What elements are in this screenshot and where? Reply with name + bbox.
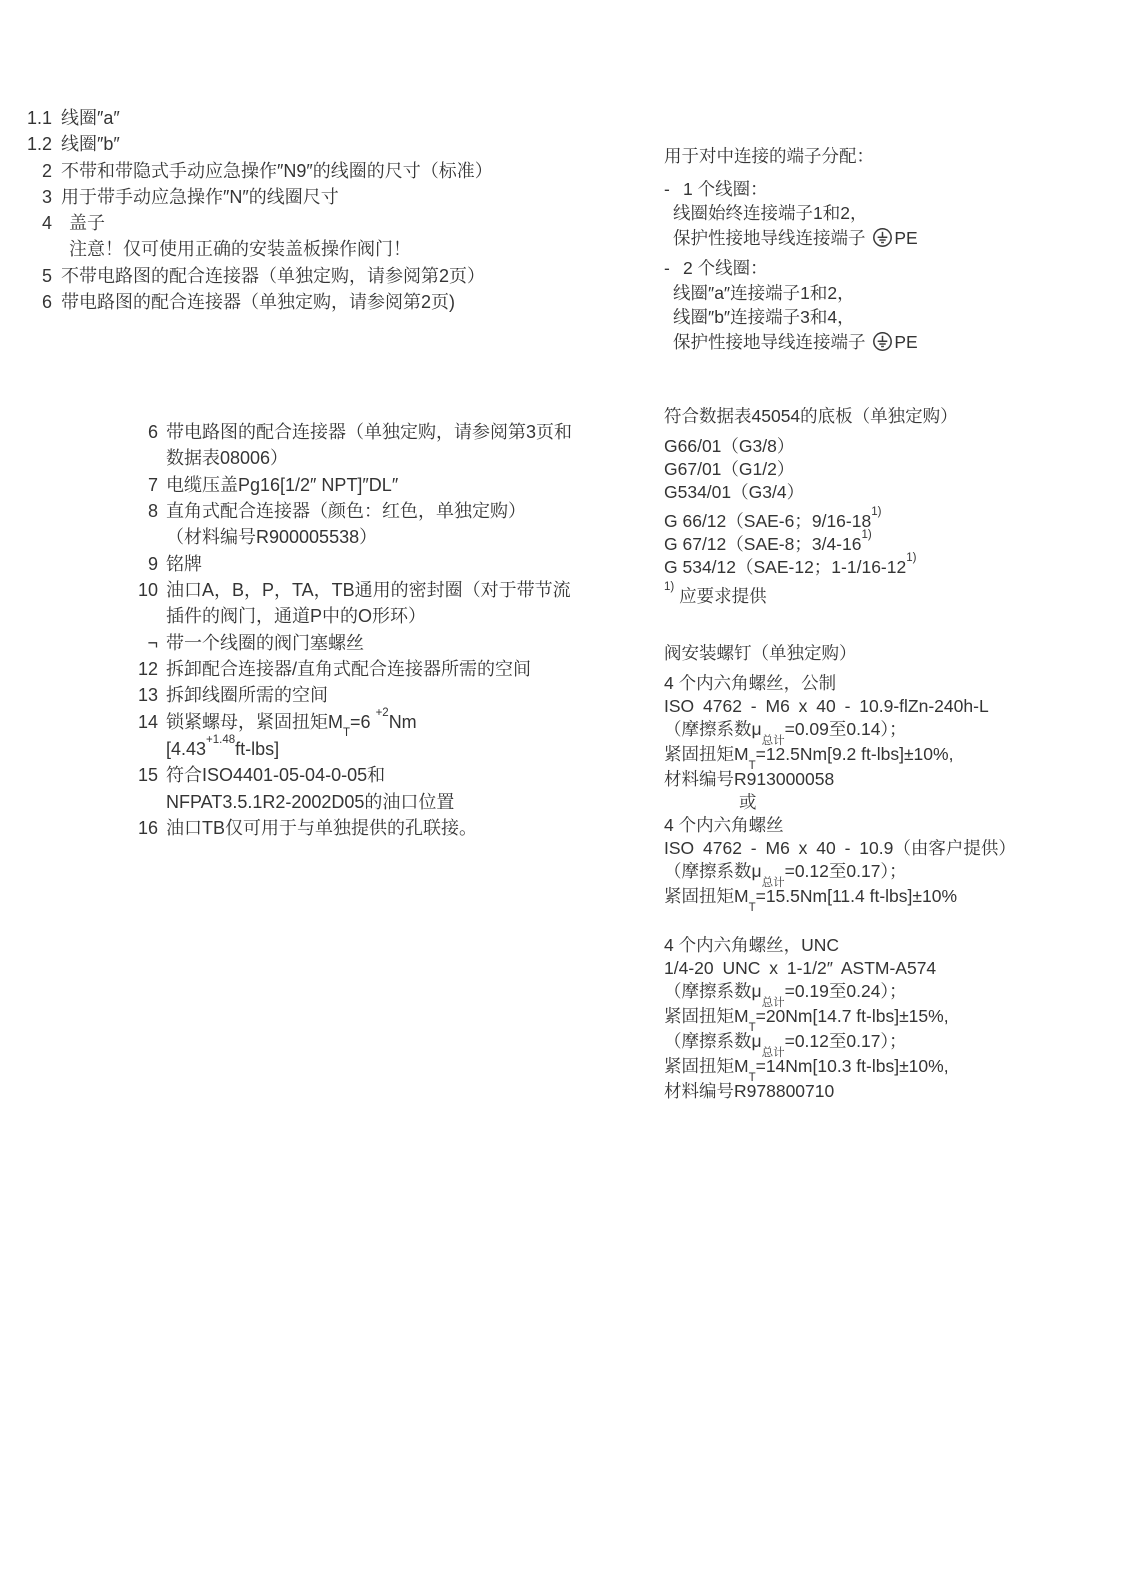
subplate-line: G534/01（G3/4） xyxy=(664,481,958,504)
protective-earth-icon xyxy=(872,331,893,352)
terminal-assignment-section: 用于对中连接的端子分配： -1 个线圈： 线圈始终连接端子1和2， 保护性接地导… xyxy=(664,144,918,354)
text-line: 4 个内六角螺丝 xyxy=(664,814,1016,837)
item-text: 油口TB仅可用于与单独提供的孔联接。 xyxy=(166,815,477,841)
item-number: 13 xyxy=(118,682,158,708)
text-line: 紧固扭矩MT=12.5Nm[9.2 ft-lbs]±10%, xyxy=(664,743,1016,768)
text-line: （摩擦系数μ总计=0.12至0.17）； xyxy=(664,1030,949,1055)
item-number xyxy=(118,603,158,629)
legend-item-row: 14 锁紧螺母，紧固扭矩MT=6 +2Nm xyxy=(118,709,572,736)
legend-main-section: 6 带电路图的配合连接器（单独定购，请参阅第3页和 数据表08006） 7 电缆… xyxy=(118,419,572,841)
text-line: 线圈始终连接端子1和2， xyxy=(664,201,918,226)
legend-item-row: 7 电缆压盖Pg16[1/2″ NPT]″DL″ xyxy=(118,472,572,498)
legend-item-row: 2 不带和带隐式手动应急操作″N9″的线圈的尺寸（标准） xyxy=(25,158,493,184)
legend-item-row: 4 盖子 xyxy=(25,210,493,236)
item-number: ¬ xyxy=(118,630,158,656)
legend-item-row: 9 铭牌 xyxy=(118,551,572,577)
text-line: （摩擦系数μ总计=0.19至0.24）； xyxy=(664,980,949,1005)
item-text: 油口A，B，P，TA，TB通用的密封圈（对于带节流 xyxy=(166,577,571,603)
legend-item-row: 数据表08006） xyxy=(118,445,572,471)
item-text: （材料编号R900005538） xyxy=(166,524,377,550)
pe-label: PE xyxy=(894,332,917,352)
item-text: 符合ISO4401-05-04-0-05和 xyxy=(166,762,385,788)
footnote-line: 1) 应要求提供 xyxy=(664,585,958,608)
item-number xyxy=(118,736,158,762)
pe-line-text: 保护性接地导线连接端子 xyxy=(673,228,870,248)
legend-item-row: 16 油口TB仅可用于与单独提供的孔联接。 xyxy=(118,815,572,841)
mounting-screws-section: 阀安装螺钉（单独定购） 4 个内六角螺丝，公制 ISO 4762 - M6 x … xyxy=(664,642,1016,910)
datasheet-page: 1.1 线圈″a″ 1.2 线圈″b″ 2 不带和带隐式手动应急操作″N9″的线… xyxy=(0,0,1129,1570)
item-text: 电缆压盖Pg16[1/2″ NPT]″DL″ xyxy=(166,472,398,498)
legend-note-row: 注意！仅可使用正确的安装盖板操作阀门！ xyxy=(25,236,493,262)
item-number: 8 xyxy=(118,498,158,524)
item-number: 3 xyxy=(25,184,52,210)
unc-screws-section: 4 个内六角螺丝，UNC 1/4-20 UNC x 1-1/2″ ASTM-A5… xyxy=(664,934,949,1103)
item-text: 带一个线圈的阀门塞螺丝 xyxy=(166,630,364,656)
text-line: 材料编号R978800710 xyxy=(664,1080,949,1103)
pe-label: PE xyxy=(894,228,917,248)
legend-item-row: 8 直角式配合连接器（颜色：红色，单独定购） xyxy=(118,498,572,524)
item-number: 16 xyxy=(118,815,158,841)
item-text: 不带和带隐式手动应急操作″N9″的线圈的尺寸（标准） xyxy=(61,158,493,184)
item-number: 15 xyxy=(118,762,158,788)
item-number: 9 xyxy=(118,551,158,577)
item-number: 1.2 xyxy=(25,131,52,157)
item-number xyxy=(25,236,52,262)
text-line: 1/4-20 UNC x 1-1/2″ ASTM-A574 xyxy=(664,957,949,980)
bullet-row: -1 个线圈： xyxy=(664,177,918,202)
subplate-line: G 66/12（SAE-6；9/16-181) xyxy=(664,510,958,533)
item-number: 7 xyxy=(118,472,158,498)
item-text: 铭牌 xyxy=(166,551,202,577)
text-line: 4 个内六角螺丝，公制 xyxy=(664,672,1016,695)
subplate-section: 符合数据表45054的底板（单独定购） G66/01（G3/8） G67/01（… xyxy=(664,405,958,608)
text-line: 保护性接地导线连接端子 PE xyxy=(664,226,918,251)
bullet-label: 2 个线圈： xyxy=(683,258,768,278)
text-line: 线圈″a″连接端子1和2， xyxy=(664,281,918,306)
text-line: 4 个内六角螺丝，UNC xyxy=(664,934,949,957)
item-number xyxy=(118,445,158,471)
item-text: [4.43+1.48ft-lbs] xyxy=(166,736,279,762)
legend-item-row: 1.2 线圈″b″ xyxy=(25,131,493,157)
subplate-line: G 534/12（SAE-12；1-1/16-121) xyxy=(664,556,958,579)
item-number: 10 xyxy=(118,577,158,603)
item-number: 6 xyxy=(25,289,52,315)
legend-item-row: 6 带电路图的配合连接器（单独定购，请参阅第3页和 xyxy=(118,419,572,445)
item-number: 2 xyxy=(25,158,52,184)
legend-item-row: （材料编号R900005538） xyxy=(118,524,572,550)
legend-item-row: 插件的阀门，通道P中的O形环） xyxy=(118,603,572,629)
text-line: 紧固扭矩MT=15.5Nm[11.4 ft-lbs]±10% xyxy=(664,885,1016,910)
text-line: 线圈″b″连接端子3和4， xyxy=(664,305,918,330)
item-number: 12 xyxy=(118,656,158,682)
legend-item-row: 12 拆卸配合连接器/直角式配合连接器所需的空间 xyxy=(118,656,572,682)
item-number xyxy=(118,524,158,550)
item-number xyxy=(118,789,158,815)
item-text: 盖子 xyxy=(69,210,105,236)
item-number: 6 xyxy=(118,419,158,445)
legend-item-row: 6 带电路图的配合连接器（单独定购，请参阅第2页) xyxy=(25,289,493,315)
text-line: 材料编号R913000058 xyxy=(664,768,1016,791)
legend-item-row: 13 拆卸线圈所需的空间 xyxy=(118,682,572,708)
item-text: 插件的阀门，通道P中的O形环） xyxy=(166,603,426,629)
item-number: 1.1 xyxy=(25,105,52,131)
text-line: 紧固扭矩MT=20Nm[14.7 ft-lbs]±15%, xyxy=(664,1005,949,1030)
text-line: ISO 4762 - M6 x 40 - 10.9-flZn-240h-L xyxy=(664,695,1016,718)
item-text: 锁紧螺母，紧固扭矩MT=6 +2Nm xyxy=(166,709,417,736)
item-text: NFPAT3.5.1R2-2002D05的油口位置 xyxy=(166,789,454,815)
section-heading: 符合数据表45054的底板（单独定购） xyxy=(664,405,958,428)
text-line: （摩擦系数μ总计=0.09至0.14）； xyxy=(664,718,1016,743)
pe-line-text: 保护性接地导线连接端子 xyxy=(673,332,870,352)
legend-item-row: 5 不带电路图的配合连接器（单独定购，请参阅第2页） xyxy=(25,263,493,289)
item-text: 拆卸线圈所需的空间 xyxy=(166,682,328,708)
legend-item-row: [4.43+1.48ft-lbs] xyxy=(118,736,572,762)
text-line: （摩擦系数μ总计=0.12至0.17）； xyxy=(664,860,1016,885)
legend-item-row: 1.1 线圈″a″ xyxy=(25,105,493,131)
item-text: 用于带手动应急操作″N″的线圈尺寸 xyxy=(61,184,339,210)
item-text: 带电路图的配合连接器（单独定购，请参阅第3页和 xyxy=(166,419,572,445)
item-text: 线圈″a″ xyxy=(61,105,120,131)
text-line: ISO 4762 - M6 x 40 - 10.9（由客户提供） xyxy=(664,837,1016,860)
bullet-label: 1 个线圈： xyxy=(683,179,768,199)
bullet-dash: - xyxy=(664,256,683,281)
bullet-dash: - xyxy=(664,177,683,202)
section-heading: 用于对中连接的端子分配： xyxy=(664,144,918,169)
legend-item-row: 10 油口A，B，P，TA，TB通用的密封圈（对于带节流 xyxy=(118,577,572,603)
legend-item-row: 3 用于带手动应急操作″N″的线圈尺寸 xyxy=(25,184,493,210)
subplate-line: G66/01（G3/8） xyxy=(664,435,958,458)
item-text: 线圈″b″ xyxy=(61,131,120,157)
section-heading: 阀安装螺钉（单独定购） xyxy=(664,642,1016,665)
item-text: 带电路图的配合连接器（单独定购，请参阅第2页) xyxy=(61,289,455,315)
subplate-line: G67/01（G1/2） xyxy=(664,458,958,481)
legend-item-row: ¬ 带一个线圈的阀门塞螺丝 xyxy=(118,630,572,656)
bullet-row: -2 个线圈： xyxy=(664,256,918,281)
note-text: 注意！仅可使用正确的安装盖板操作阀门！ xyxy=(69,236,411,262)
item-number: 5 xyxy=(25,263,52,289)
item-number: 14 xyxy=(118,709,158,736)
legend-top-section: 1.1 线圈″a″ 1.2 线圈″b″ 2 不带和带隐式手动应急操作″N9″的线… xyxy=(25,105,493,315)
protective-earth-icon xyxy=(872,227,893,248)
legend-item-row: 15 符合ISO4401-05-04-0-05和 xyxy=(118,762,572,788)
item-text: 直角式配合连接器（颜色：红色，单独定购） xyxy=(166,498,526,524)
text-line: 保护性接地导线连接端子 PE xyxy=(664,330,918,355)
text-line: 紧固扭矩MT=14Nm[10.3 ft-lbs]±10%, xyxy=(664,1055,949,1080)
item-text: 不带电路图的配合连接器（单独定购，请参阅第2页） xyxy=(61,263,485,289)
item-number: 4 xyxy=(25,210,52,236)
item-text: 数据表08006） xyxy=(166,445,288,471)
or-separator: 或 xyxy=(664,791,1016,814)
item-text: 拆卸配合连接器/直角式配合连接器所需的空间 xyxy=(166,656,531,682)
legend-item-row: NFPAT3.5.1R2-2002D05的油口位置 xyxy=(118,789,572,815)
